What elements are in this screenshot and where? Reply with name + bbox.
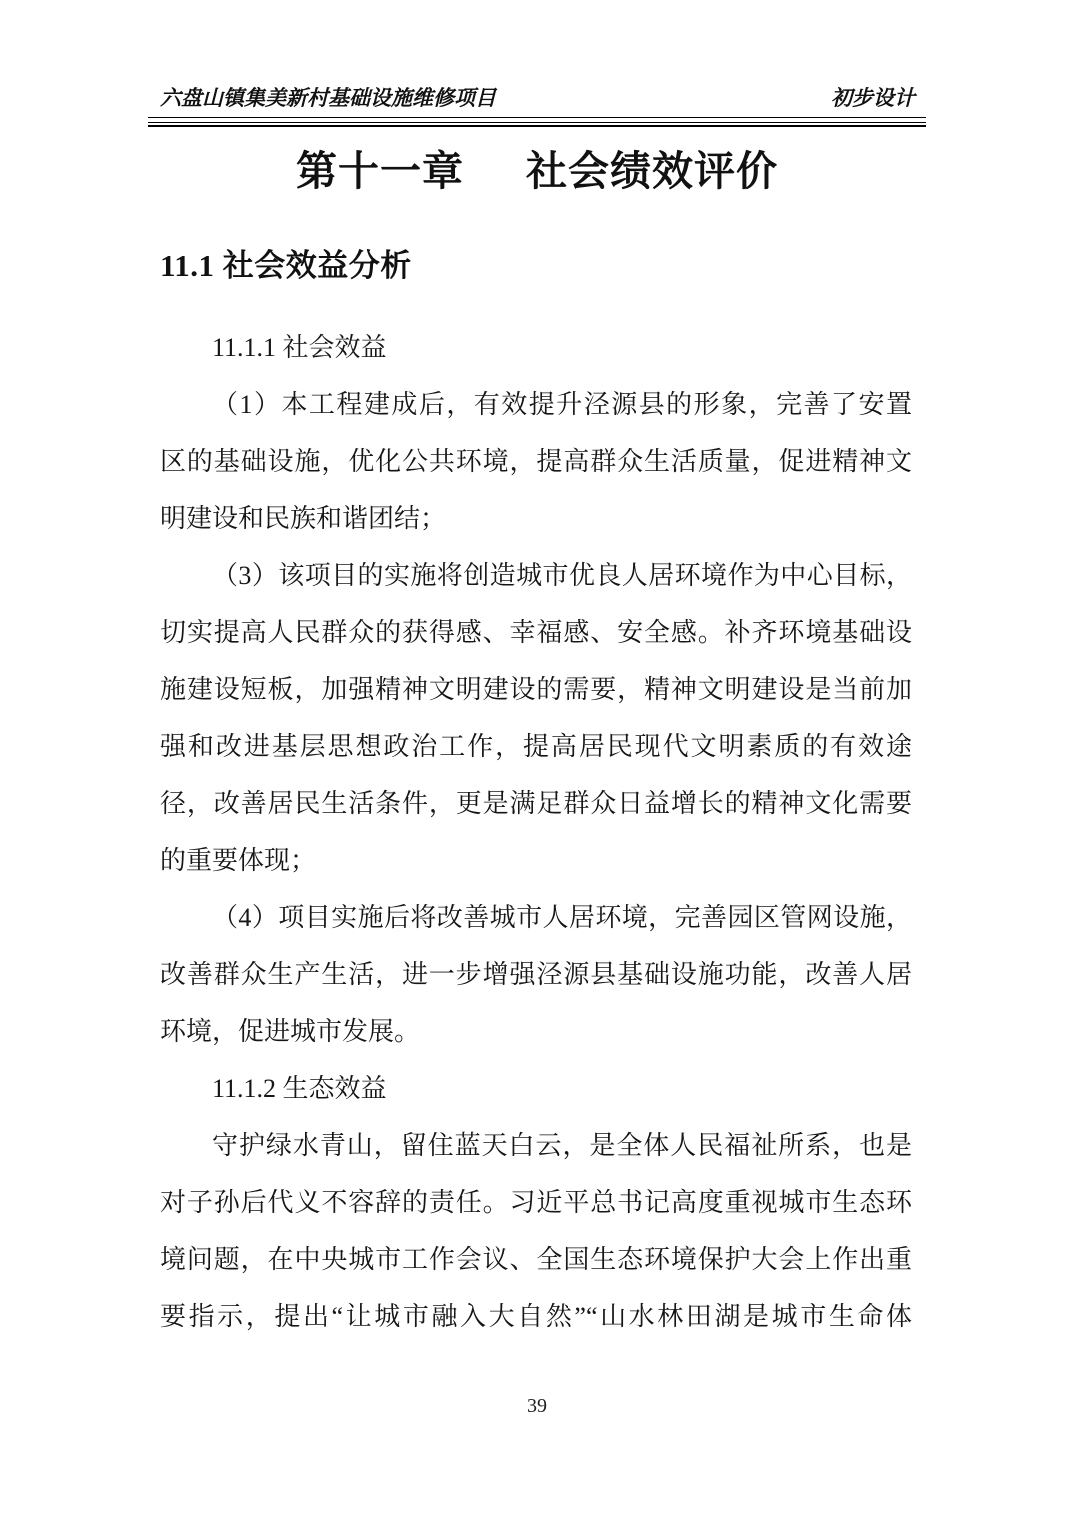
section-heading: 11.1 社会效益分析 <box>160 245 1074 287</box>
body-line: 切实提高人民群众的获得感、幸福感、安全感。补齐环境基础设 <box>160 604 912 661</box>
body-line: 径，改善居民生活条件，更是满足群众日益增长的精神文化需要 <box>160 775 912 832</box>
document-page: 六盘山镇集美新村基础设施维修项目 初步设计 第十一章社会绩效评价 11.1 社会… <box>0 0 1074 1520</box>
body-line: 改善群众生产生活，进一步增强泾源县基础设施功能，改善人居 <box>160 946 912 1003</box>
page-header: 六盘山镇集美新村基础设施维修项目 初步设计 <box>0 84 1074 127</box>
body-line: 强和改进基层思想政治工作，提高居民现代文明素质的有效途 <box>160 718 912 775</box>
body-line: 要指示，提出“让城市融入大自然”“山水林田湖是城市生命体 <box>160 1288 912 1345</box>
body-line: 环境，促进城市发展。 <box>160 1003 912 1060</box>
body-line: 守护绿水青山，留住蓝天白云，是全体人民福祉所系，也是 <box>160 1117 912 1174</box>
body-line: 11.1.2 生态效益 <box>160 1060 912 1117</box>
body-line: 11.1.1 社会效益 <box>160 319 912 376</box>
body-line: （3）该项目的实施将创造城市优良人居环境作为中心目标， <box>160 547 912 604</box>
body-line: 的重要体现； <box>160 832 912 889</box>
page-footer: 39 <box>0 1392 1074 1420</box>
body-line: 明建设和民族和谐团结； <box>160 490 912 547</box>
body-line: （4）项目实施后将改善城市人居环境，完善园区管网设施， <box>160 889 912 946</box>
header-text-row: 六盘山镇集美新村基础设施维修项目 初步设计 <box>148 84 926 118</box>
chapter-number: 第十一章 <box>296 148 464 194</box>
body-line: 区的基础设施，优化公共环境，提高群众生活质量，促进精神文 <box>160 433 912 490</box>
header-rule <box>148 122 926 127</box>
chapter-title: 第十一章社会绩效评价 <box>0 145 1074 197</box>
chapter-name: 社会绩效评价 <box>526 148 778 194</box>
body-line: 境问题，在中央城市工作会议、全国生态环境保护大会上作出重 <box>160 1231 912 1288</box>
body-line: 施建设短板，加强精神文明建设的需要，精神文明建设是当前加 <box>160 661 912 718</box>
header-doc-stage: 初步设计 <box>831 84 915 112</box>
page-number: 39 <box>527 1395 547 1417</box>
body-line: （1）本工程建成后，有效提升泾源县的形象，完善了安置 <box>160 376 912 433</box>
body-line: 对子孙后代义不容辞的责任。习近平总书记高度重视城市生态环 <box>160 1174 912 1231</box>
body-lines: 11.1.1 社会效益（1）本工程建成后，有效提升泾源县的形象，完善了安置区的基… <box>160 319 912 1345</box>
header-project-title: 六盘山镇集美新村基础设施维修项目 <box>160 84 496 112</box>
